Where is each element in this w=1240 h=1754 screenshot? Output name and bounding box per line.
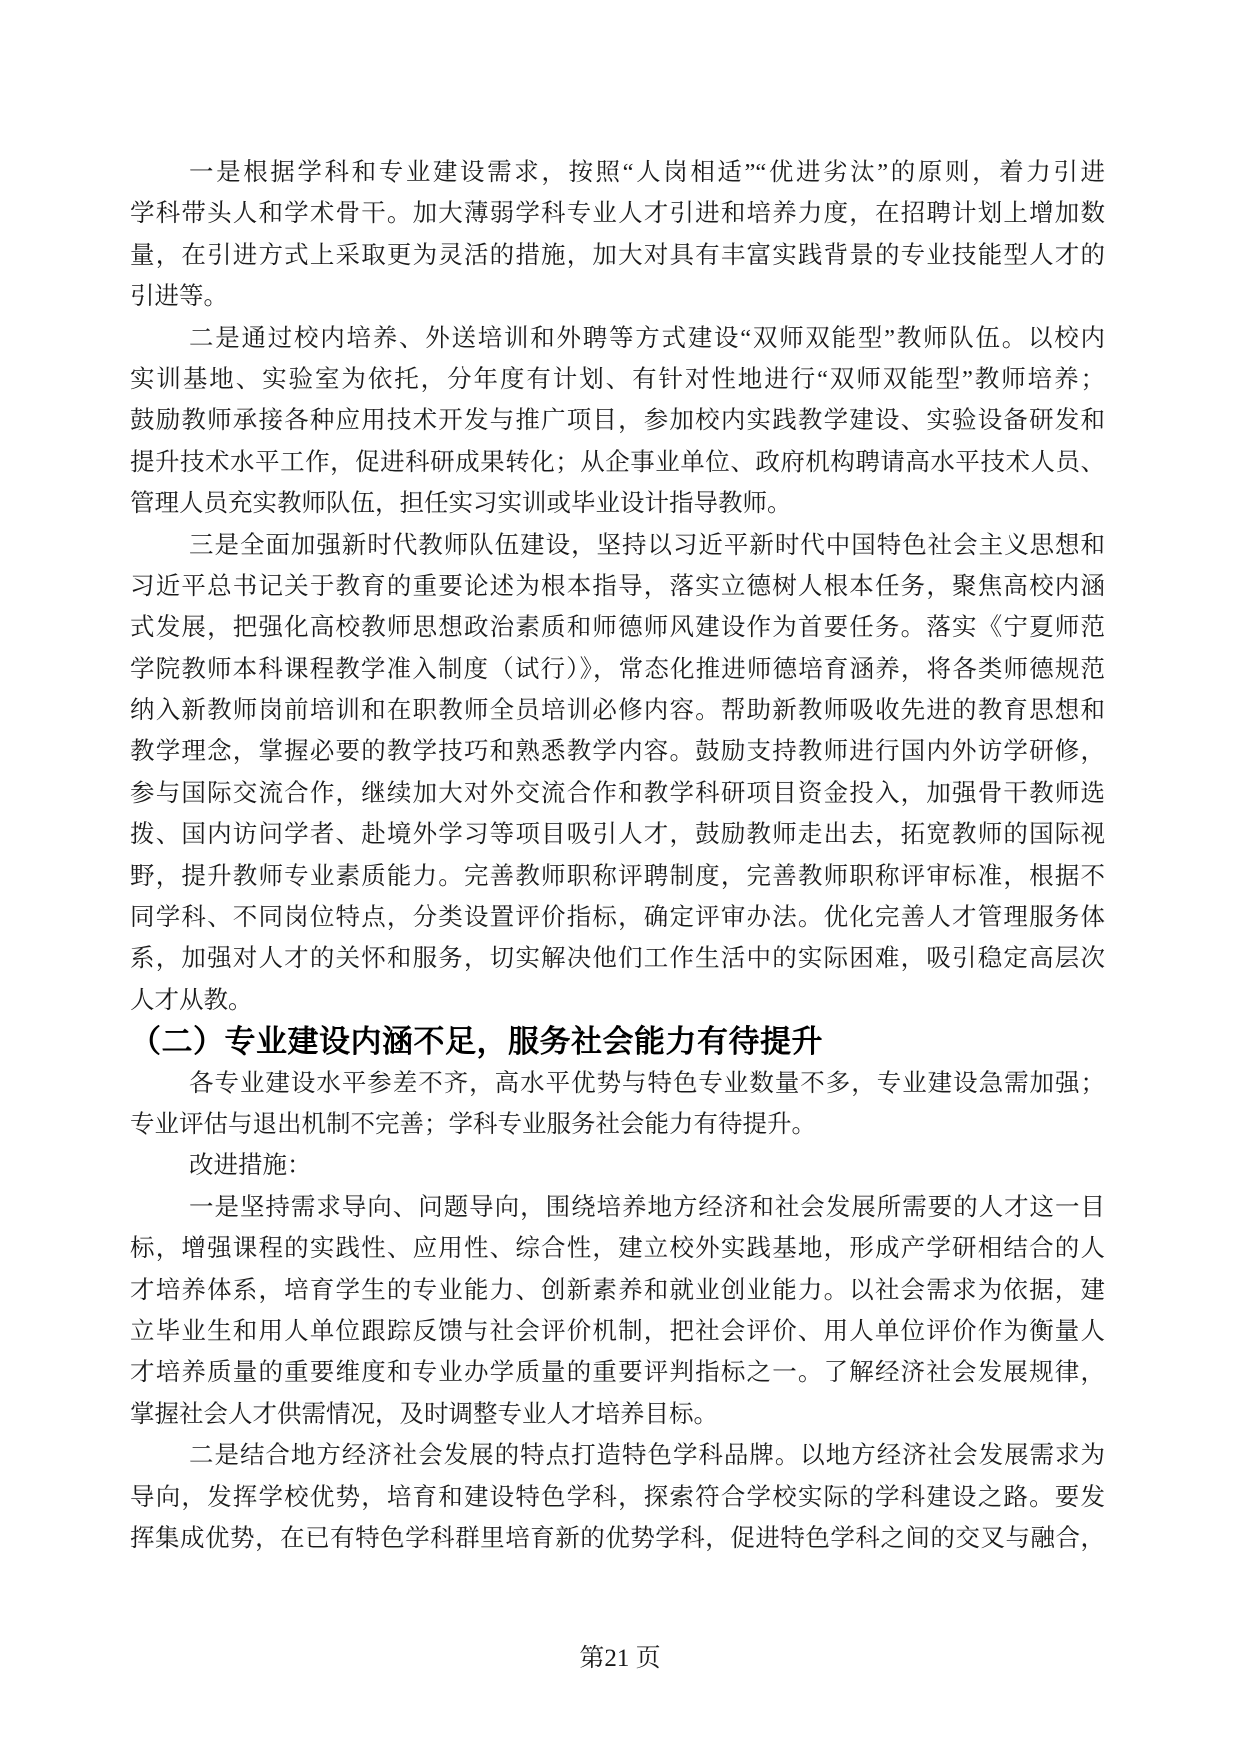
- text-line: 标，增强课程的实践性、应用性、综合性，建立校外实践基地，形成产学研相结合的人: [130, 1228, 1105, 1269]
- text-line: 学院教师本科课程教学准入制度（试行）》，常态化推进师德培育涵养，将各类师德规范: [130, 649, 1105, 690]
- page-number: 第21 页: [0, 1644, 1240, 1674]
- paragraph: 二是结合地方经济社会发展的特点打造特色学科品牌。以地方经济社会发展需求为导向，发…: [130, 1435, 1105, 1559]
- section-heading: （二）专业建设内涵不足，服务社会能力有待提升: [130, 1021, 1105, 1062]
- paragraph: 改进措施：: [130, 1145, 1105, 1186]
- text-line: 管理人员充实教师队伍，担任实习实训或毕业设计指导教师。: [130, 483, 1105, 524]
- text-line: 挥集成优势，在已有特色学科群里培育新的优势学科，促进特色学科之间的交叉与融合，: [130, 1518, 1105, 1559]
- text-line: 各专业建设水平参差不齐，高水平优势与特色专业数量不多，专业建设急需加强；: [130, 1063, 1105, 1104]
- text-line: 一是坚持需求导向、问题导向，围绕培养地方经济和社会发展所需要的人才这一目: [130, 1187, 1105, 1228]
- paragraph: 一是坚持需求导向、问题导向，围绕培养地方经济和社会发展所需要的人才这一目标，增强…: [130, 1187, 1105, 1435]
- text-line: 教学理念，掌握必要的教学技巧和熟悉教学内容。鼓励支持教师进行国内外访学研修，: [130, 731, 1105, 772]
- text-line: 一是根据学科和专业建设需求，按照“人岗相适”“优进劣汰”的原则，着力引进: [130, 152, 1105, 193]
- text-line: 系，加强对人才的关怀和服务，切实解决他们工作生活中的实际困难，吸引稳定高层次: [130, 938, 1105, 979]
- text-line: 二是结合地方经济社会发展的特点打造特色学科品牌。以地方经济社会发展需求为: [130, 1435, 1105, 1476]
- paragraph: 三是全面加强新时代教师队伍建设，坚持以习近平新时代中国特色社会主义思想和习近平总…: [130, 525, 1105, 1022]
- text-line: 才培养质量的重要维度和专业办学质量的重要评判指标之一。了解经济社会发展规律，: [130, 1352, 1105, 1393]
- text-line: 学科带头人和学术骨干。加大薄弱学科专业人才引进和培养力度，在招聘计划上增加数: [130, 193, 1105, 234]
- text-line: 鼓励教师承接各种应用技术开发与推广项目，参加校内实践教学建设、实验设备研发和: [130, 400, 1105, 441]
- text-line: 拨、国内访问学者、赴境外学习等项目吸引人才，鼓励教师走出去，拓宽教师的国际视: [130, 814, 1105, 855]
- text-line: 野，提升教师专业素质能力。完善教师职称评聘制度，完善教师职称评审标准，根据不: [130, 856, 1105, 897]
- text-line: 三是全面加强新时代教师队伍建设，坚持以习近平新时代中国特色社会主义思想和: [130, 525, 1105, 566]
- text-line: 二是通过校内培养、外送培训和外聘等方式建设“双师双能型”教师队伍。以校内: [130, 318, 1105, 359]
- text-line: 提升技术水平工作，促进科研成果转化；从企事业单位、政府机构聘请高水平技术人员、: [130, 442, 1105, 483]
- text-line: 立毕业生和用人单位跟踪反馈与社会评价机制，把社会评价、用人单位评价作为衡量人: [130, 1311, 1105, 1352]
- paragraph: 各专业建设水平参差不齐，高水平优势与特色专业数量不多，专业建设急需加强；专业评估…: [130, 1063, 1105, 1146]
- text-line: 引进等。: [130, 276, 1105, 317]
- text-line: 实训基地、实验室为依托，分年度有计划、有针对性地进行“双师双能型”教师培养；: [130, 359, 1105, 400]
- text-line: 导向，发挥学校优势，培育和建设特色学科，探索符合学校实际的学科建设之路。要发: [130, 1477, 1105, 1518]
- text-block: 一是根据学科和专业建设需求，按照“人岗相适”“优进劣汰”的原则，着力引进学科带头…: [130, 152, 1105, 1559]
- text-line: 参与国际交流合作，继续加大对外交流合作和教学科研项目资金投入，加强骨干教师选: [130, 773, 1105, 814]
- text-line: 掌握社会人才供需情况，及时调整专业人才培养目标。: [130, 1394, 1105, 1435]
- text-line: 同学科、不同岗位特点，分类设置评价指标，确定评审办法。优化完善人才管理服务体: [130, 897, 1105, 938]
- document-page: 一是根据学科和专业建设需求，按照“人岗相适”“优进劣汰”的原则，着力引进学科带头…: [0, 0, 1240, 1754]
- paragraph: 一是根据学科和专业建设需求，按照“人岗相适”“优进劣汰”的原则，着力引进学科带头…: [130, 152, 1105, 318]
- paragraph: 二是通过校内培养、外送培训和外聘等方式建设“双师双能型”教师队伍。以校内实训基地…: [130, 318, 1105, 525]
- heading-line: （二）专业建设内涵不足，服务社会能力有待提升: [130, 1021, 1105, 1062]
- text-line: 专业评估与退出机制不完善；学科专业服务社会能力有待提升。: [130, 1104, 1105, 1145]
- text-line: 纳入新教师岗前培训和在职教师全员培训必修内容。帮助新教师吸收先进的教育思想和: [130, 690, 1105, 731]
- text-line: 改进措施：: [130, 1145, 1105, 1186]
- text-line: 习近平总书记关于教育的重要论述为根本指导，落实立德树人根本任务，聚焦高校内涵: [130, 566, 1105, 607]
- text-line: 量，在引进方式上采取更为灵活的措施，加大对具有丰富实践背景的专业技能型人才的: [130, 235, 1105, 276]
- text-line: 人才从教。: [130, 980, 1105, 1021]
- text-line: 式发展，把强化高校教师思想政治素质和师德师风建设作为首要任务。落实《宁夏师范: [130, 607, 1105, 648]
- text-line: 才培养体系，培育学生的专业能力、创新素养和就业创业能力。以社会需求为依据，建: [130, 1270, 1105, 1311]
